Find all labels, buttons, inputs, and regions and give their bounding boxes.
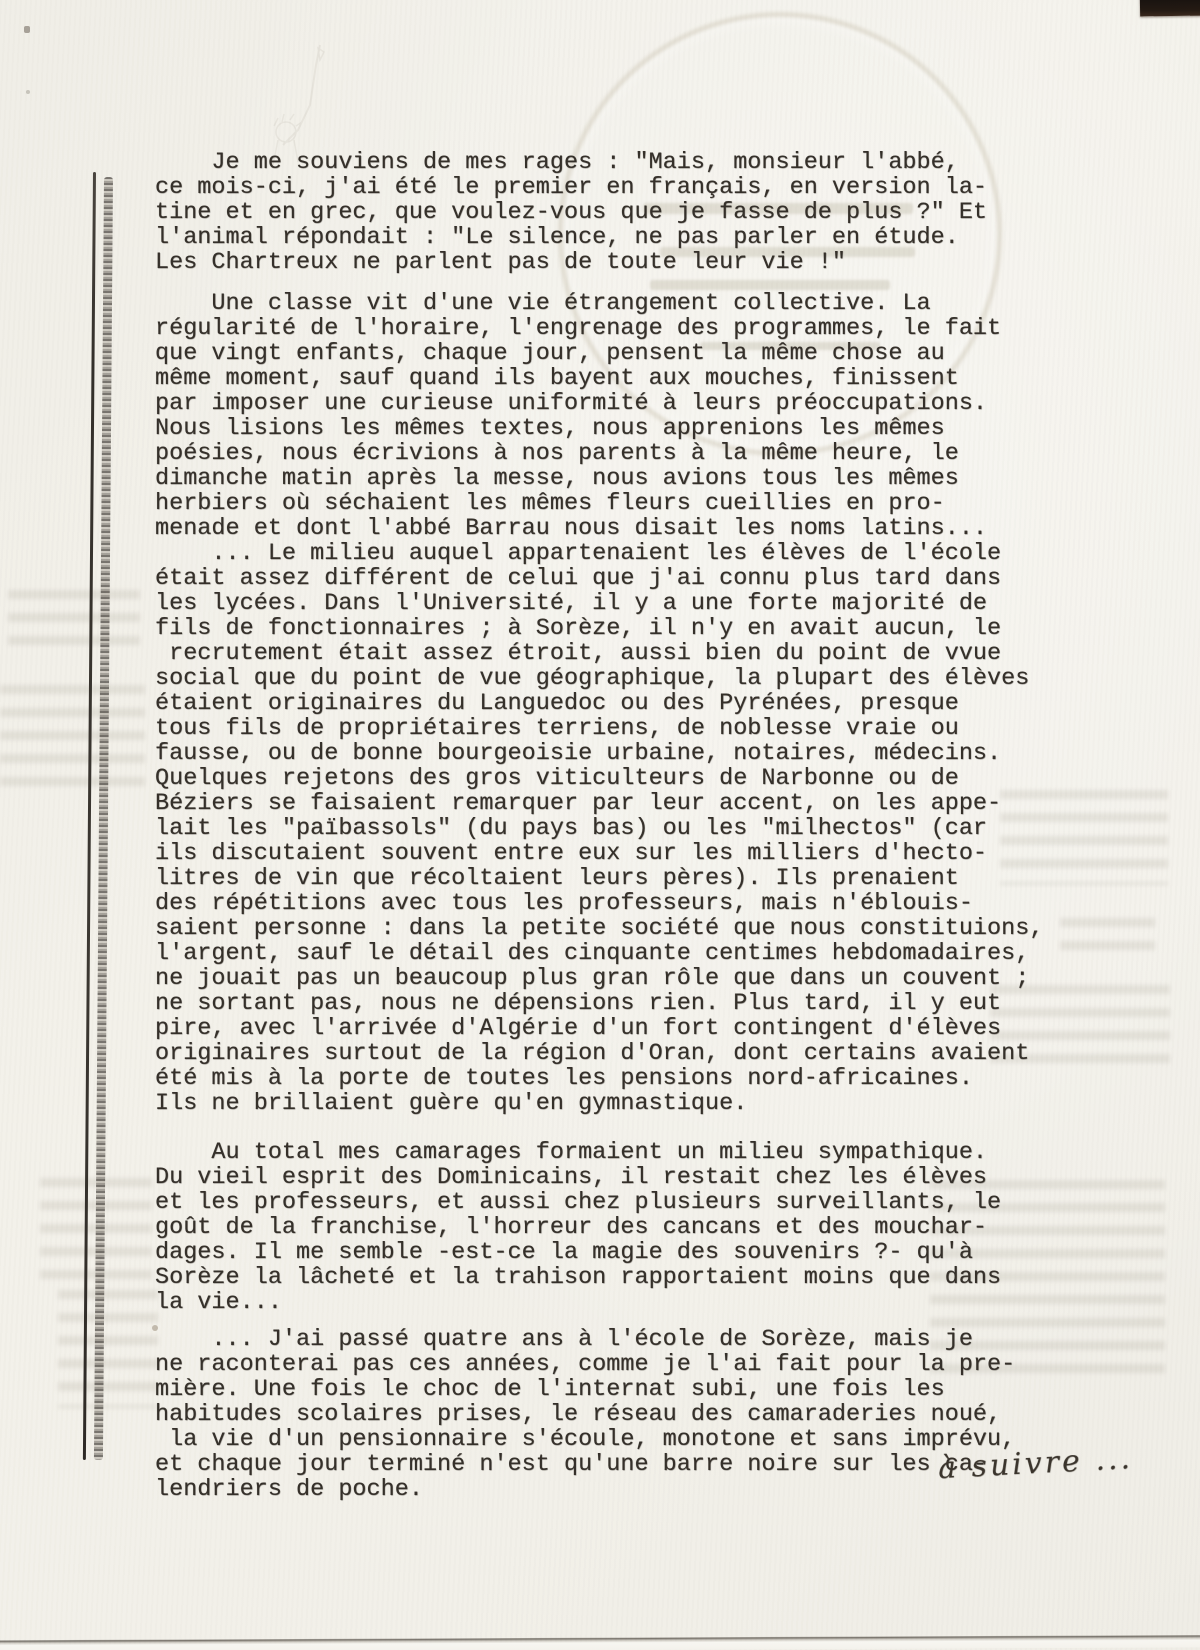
bleedthrough-bar: [650, 280, 890, 290]
paragraph-5: ... J'ai passé quatre ans à l'école de S…: [155, 1327, 1015, 1502]
binding-line-thin: [83, 172, 96, 1460]
paragraph-3: ... Le milieu auquel appartenaient les é…: [155, 541, 1043, 1116]
bleedthrough-text-artifact: [8, 590, 140, 658]
paragraph-1: Je me souviens de mes rages : "Mais, mon…: [155, 150, 987, 275]
corner-tape-mark: [1140, 0, 1200, 16]
binding-band-textured: [94, 177, 113, 1460]
paragraph-2: Une classe vit d'une vie étrangement col…: [155, 291, 1001, 541]
dust-speck: [26, 90, 30, 94]
bleedthrough-text-artifact: [0, 685, 145, 793]
page-bottom-edge: [0, 1629, 1200, 1650]
paragraph-4: Au total mes camarages formaient un mili…: [155, 1140, 1001, 1315]
dust-speck: [24, 26, 30, 33]
scanned-page: Je me souviens de mes rages : "Mais, mon…: [0, 0, 1200, 1650]
bleedthrough-text-artifact: [58, 1290, 158, 1408]
bleedthrough-text-artifact: [1060, 918, 1155, 956]
